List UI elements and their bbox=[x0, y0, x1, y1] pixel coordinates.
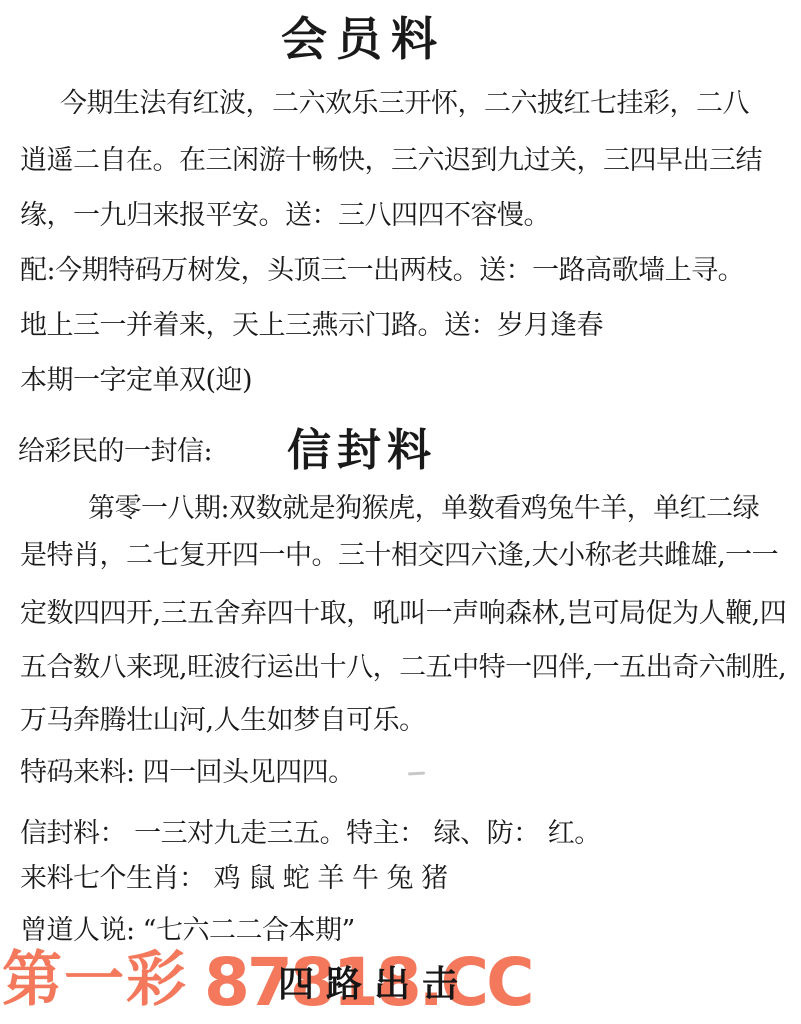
member-line-4: 配:今期特码万树发，头顶三一出两枝。送：一路高歌墙上寻。 bbox=[20, 257, 744, 284]
footer-handwritten-text: 四路出击 bbox=[278, 966, 470, 1002]
member-line-3: 缘，一九归来报平安。送：三八四四不容慢。 bbox=[20, 202, 550, 229]
envelope-line-1: 第零一八期:双数就是狗猴虎，单数看鸡兔牛羊，单红二绿 bbox=[88, 495, 759, 522]
envelope-line-8: 来料七个生肖： 鸡 鼠 蛇 羊 牛 兔 猪 bbox=[20, 865, 448, 892]
envelope-section-title: 信封料 bbox=[287, 429, 437, 473]
envelope-line-4: 五合数八来现,旺波行运出十八，二五中特一四伴,一五出奇六制胜, bbox=[20, 654, 786, 681]
envelope-line-6: 特码来料: 四一回头见四四。 bbox=[20, 759, 355, 786]
envelope-line-5: 万马奔腾壮山河,人生如梦自可乐。 bbox=[20, 707, 426, 734]
envelope-line-3: 定数四四开,三五舍弃四十取，吼叫一声响森林,岂可局促为人鞭,四 bbox=[20, 600, 786, 627]
member-line-6: 本期一字定单双(迎) bbox=[20, 367, 252, 394]
watermark-brand-text: 第一彩 bbox=[2, 950, 188, 1010]
scan-smudge bbox=[408, 772, 425, 776]
member-section-title: 会员料 bbox=[281, 16, 446, 62]
envelope-intro-label: 给彩民的一封信: bbox=[18, 438, 212, 465]
envelope-line-9: 曾道人说: “七六二二合本期” bbox=[20, 917, 355, 944]
member-line-2: 逍遥二自在。在三闲游十畅快，三六迟到九过关，三四早出三结 bbox=[20, 147, 762, 174]
member-line-1: 今期生法有红波，二六欢乐三开怀，二六披红七挂彩，二八 bbox=[60, 90, 749, 117]
envelope-line-7: 信封料： 一三对九走三五。特主： 绿、防： 红。 bbox=[20, 820, 601, 847]
document-page: 会员料 今期生法有红波，二六欢乐三开怀，二六披红七挂彩，二八 逍遥二自在。在三闲… bbox=[0, 0, 801, 1024]
envelope-line-2: 是特肖，二七复开四一中。三十相交四六逢,大小称老共雌雄,一一 bbox=[20, 542, 778, 569]
member-line-5: 地上三一并着来，天上三燕示门路。送：岁月逢春 bbox=[20, 312, 603, 339]
